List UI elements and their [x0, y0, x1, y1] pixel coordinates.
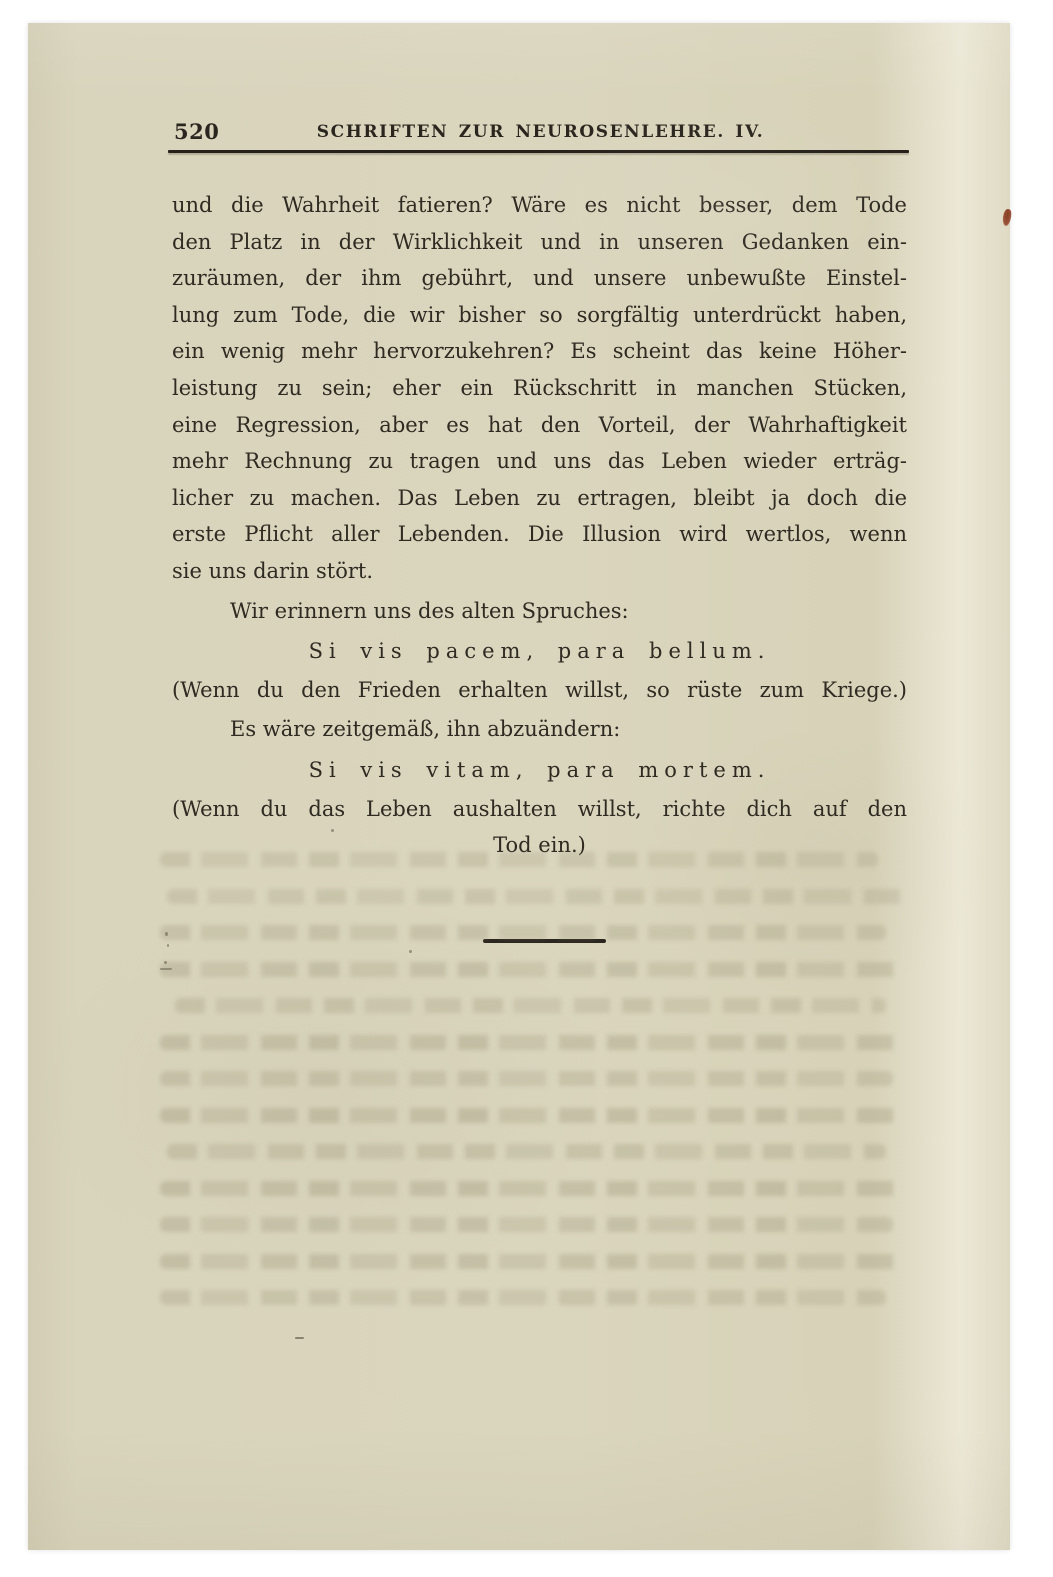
ghost-line: [167, 889, 908, 904]
text-line: (Wenn du den Frieden erhalten willst, so…: [172, 672, 907, 709]
header-rule: [168, 150, 909, 153]
ghost-line: [160, 1290, 886, 1305]
text-line: den Platz in der Wirklichkeit und in uns…: [172, 224, 907, 261]
ink-speck: [331, 829, 334, 832]
text-line: (Wenn du das Leben aushalten willst, ric…: [172, 791, 907, 828]
text-line: Si vis vitam, para mortem.: [172, 752, 907, 789]
text-line: sie uns darin stört.: [172, 553, 907, 590]
bleed-through-ghost-text: [160, 852, 908, 1327]
ghost-line: [160, 925, 886, 940]
ghost-line: [160, 1108, 901, 1123]
ghost-line: [160, 1181, 901, 1196]
running-header-title: SCHRIFTEN ZUR NEUROSENLEHRE. IV.: [172, 122, 909, 142]
ink-speck: [409, 950, 412, 953]
text-line: Wir erinnern uns des alten Spruches:: [172, 593, 907, 630]
running-header-row: 520 SCHRIFTEN ZUR NEUROSENLEHRE. IV.: [172, 117, 909, 151]
ghost-line: [160, 1035, 901, 1050]
text-line: erste Pflicht aller Lebenden. Die Illusi…: [172, 516, 907, 553]
ink-speck: [295, 1337, 304, 1339]
ghost-line: [175, 998, 886, 1013]
ink-stain: [1002, 209, 1012, 227]
text-line: eine Regression, aber es hat den Vorteil…: [172, 407, 907, 444]
text-line: Es wäre zeitgemäß, ihn abzuändern:: [172, 711, 907, 748]
section-divider-rule: [483, 939, 606, 943]
ghost-line: [160, 962, 901, 977]
body-text: und die Wahrheit fatieren? Wäre es nicht…: [172, 187, 907, 864]
text-line: lung zum Tode, die wir bisher so sorgfäl…: [172, 297, 907, 334]
text-line: leistung zu sein; eher ein Rückschritt i…: [172, 370, 907, 407]
text-line: ein wenig mehr hervorzukehren? Es schein…: [172, 333, 907, 370]
text-line: zuräumen, der ihm gebührt, und unsere un…: [172, 260, 907, 297]
text-line: Si vis pacem, para bellum.: [172, 633, 907, 670]
ink-speck: [164, 961, 167, 964]
text-line: mehr Rechnung zu tragen und uns das Lebe…: [172, 443, 907, 480]
ghost-line: [160, 1071, 893, 1086]
ink-speck: [160, 968, 172, 970]
ghost-line: [160, 1254, 901, 1269]
ghost-line: [167, 1144, 885, 1159]
text-line: licher zu machen. Das Leben zu ertragen,…: [172, 480, 907, 517]
text-line: und die Wahrheit fatieren? Wäre es nicht…: [172, 187, 907, 224]
ink-speck: [165, 932, 168, 936]
ghost-line: [160, 1217, 893, 1232]
ink-speck: [167, 944, 169, 947]
book-page-scan: 520 SCHRIFTEN ZUR NEUROSENLEHRE. IV. und…: [28, 23, 1010, 1550]
text-line: Tod ein.): [172, 827, 907, 864]
